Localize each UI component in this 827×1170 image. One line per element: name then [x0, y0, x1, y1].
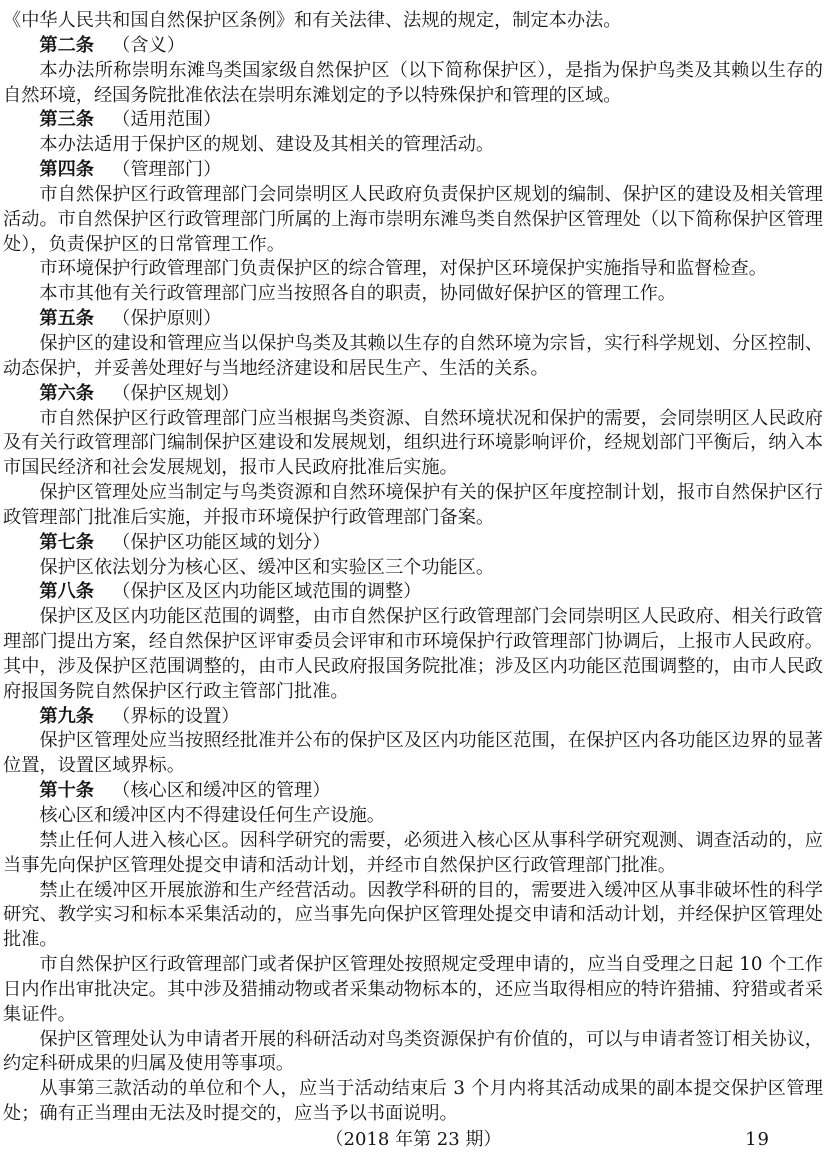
article-heading: 第八条（保护区及区内功能区域范围的调整）: [3, 580, 823, 605]
body-paragraph: 禁止任何人进入核心区。因科学研究的需要，必须进入核心区从事科学研究观测、调查活动…: [3, 829, 823, 879]
article-title: （保护区规划）: [112, 383, 239, 404]
body-paragraph: 核心区和缓冲区内不得建设任何生产设施。: [3, 804, 823, 829]
body-paragraph: 本办法所称崇明东滩鸟类国家级自然保护区（以下简称保护区），是指为保护鸟类及其赖以…: [3, 59, 823, 109]
issue-label: （2018 年第 23 期）: [0, 1128, 827, 1152]
article-title: （保护原则）: [112, 308, 221, 329]
article-title: （保护区功能区域的划分）: [112, 532, 330, 553]
article-number: 第五条: [39, 308, 94, 329]
article-number: 第六条: [39, 383, 94, 404]
body-paragraph: 保护区的建设和管理应当以保护鸟类及其赖以生存的自然环境为宗旨，实行科学规划、分区…: [3, 332, 823, 382]
article-title: （含义）: [112, 35, 185, 56]
article-number: 第七条: [39, 532, 94, 553]
page-footer: （2018 年第 23 期） 19: [0, 1128, 827, 1154]
article-heading: 第六条（保护区规划）: [3, 382, 823, 407]
article-heading: 第四条（管理部门）: [3, 158, 823, 183]
body-paragraph: 保护区依法划分为核心区、缓冲区和实验区三个功能区。: [3, 556, 823, 581]
article-number: 第九条: [39, 706, 94, 727]
article-title: （适用范围）: [112, 109, 221, 130]
article-heading: 第十条（核心区和缓冲区的管理）: [3, 779, 823, 804]
body-paragraph: 从事第三款活动的单位和个人，应当于活动结束后 3 个月内将其活动成果的副本提交保…: [3, 1077, 823, 1127]
body-paragraph: 保护区管理处认为申请者开展的科研活动对鸟类资源保护有价值的，可以与申请者签订相关…: [3, 1028, 823, 1078]
article-number: 第十条: [39, 780, 94, 801]
article-heading: 第二条（含义）: [3, 34, 823, 59]
body-paragraph: 市自然保护区行政管理部门应当根据鸟类资源、自然环境状况和保护的需要，会同崇明区人…: [3, 407, 823, 482]
continuation-paragraph: 《中华人民共和国自然保护区条例》和有关法律、法规的规定，制定本办法。: [3, 9, 823, 34]
article-number: 第四条: [39, 159, 94, 180]
article-heading: 第九条（界标的设置）: [3, 705, 823, 730]
article-number: 第三条: [39, 109, 94, 130]
article-number: 第八条: [39, 581, 94, 602]
body-paragraph: 保护区及区内功能区范围的调整，由市自然保护区行政管理部门会同崇明区人民政府、相关…: [3, 605, 823, 704]
article-heading: 第五条（保护原则）: [3, 307, 823, 332]
body-paragraph: 本市其他有关行政管理部门应当按照各自的职责，协同做好保护区的管理工作。: [3, 282, 823, 307]
body-paragraph: 市环境保护行政管理部门负责保护区的综合管理，对保护区环境保护实施指导和监督检查。: [3, 257, 823, 282]
document-body: 《中华人民共和国自然保护区条例》和有关法律、法规的规定，制定本办法。第二条（含义…: [3, 9, 823, 1127]
body-paragraph: 市自然保护区行政管理部门会同崇明区人民政府负责保护区规划的编制、保护区的建设及相…: [3, 183, 823, 258]
article-title: （管理部门）: [112, 159, 221, 180]
body-paragraph: 市自然保护区行政管理部门或者保护区管理处按照规定受理申请的，应当自受理之日起 1…: [3, 953, 823, 1028]
article-title: （界标的设置）: [112, 706, 239, 727]
article-number: 第二条: [39, 35, 94, 56]
article-title: （核心区和缓冲区的管理）: [112, 780, 330, 801]
document-page: 《中华人民共和国自然保护区条例》和有关法律、法规的规定，制定本办法。第二条（含义…: [0, 0, 827, 1170]
body-paragraph: 保护区管理处应当按照经批准并公布的保护区及区内功能区范围，在保护区内各功能区边界…: [3, 729, 823, 779]
page-number: 19: [745, 1128, 770, 1152]
article-heading: 第三条（适用范围）: [3, 108, 823, 133]
article-heading: 第七条（保护区功能区域的划分）: [3, 531, 823, 556]
article-title: （保护区及区内功能区域范围的调整）: [112, 581, 421, 602]
body-paragraph: 保护区管理处应当制定与鸟类资源和自然环境保护有关的保护区年度控制计划，报市自然保…: [3, 481, 823, 531]
body-paragraph: 禁止在缓冲区开展旅游和生产经营活动。因教学科研的目的，需要进入缓冲区从事非破坏性…: [3, 879, 823, 954]
body-paragraph: 本办法适用于保护区的规划、建设及其相关的管理活动。: [3, 133, 823, 158]
